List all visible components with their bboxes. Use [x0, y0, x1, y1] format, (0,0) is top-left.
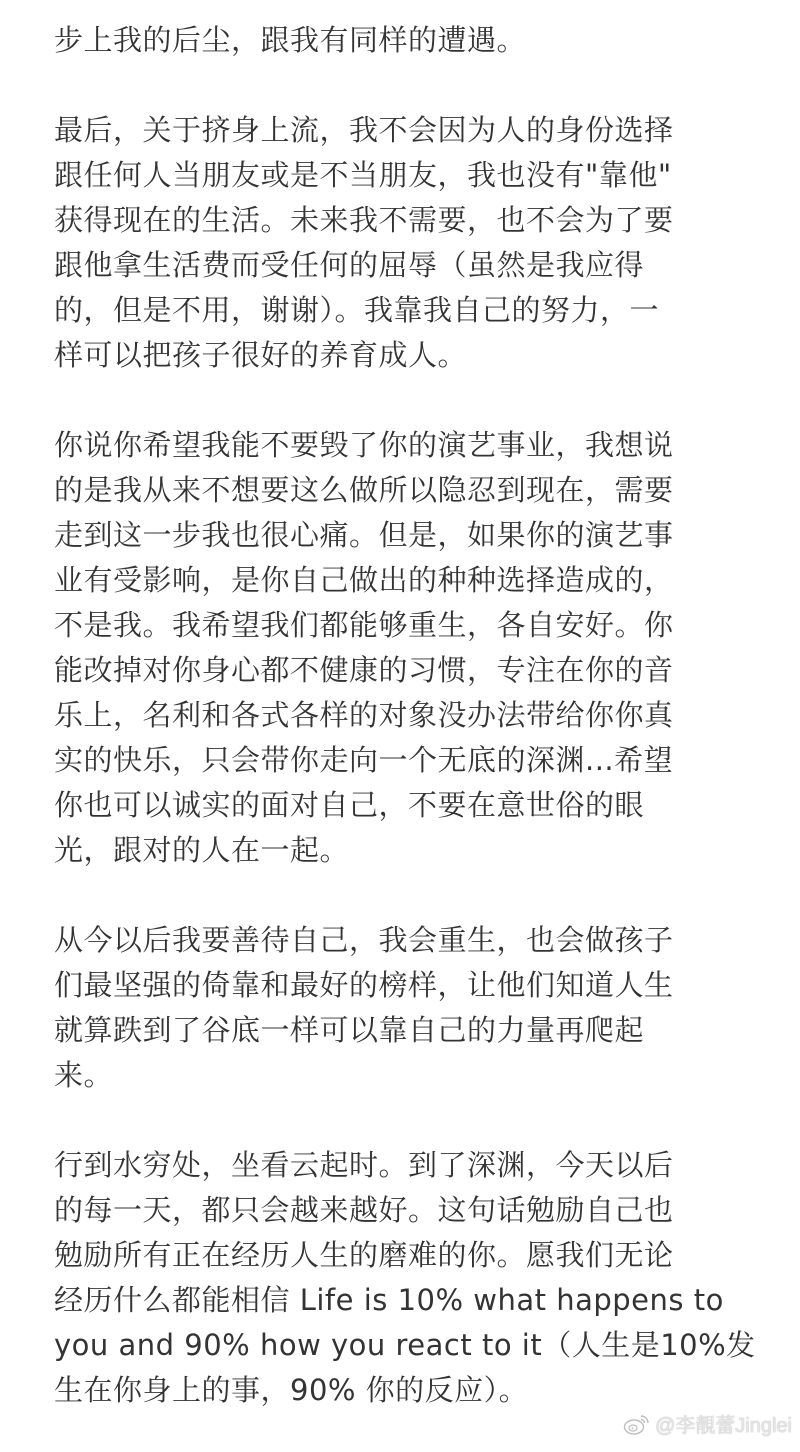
- paragraph-3: 你说你希望我能不要毁了你的演艺事业，我想说 的是我从来不想要这么做所以隐忍到现在…: [54, 423, 754, 873]
- paragraph-2: 最后，关于挤身上流，我不会因为人的身份选择 跟任何人当朋友或是不当朋友，我也没有…: [54, 108, 754, 378]
- watermark-text: @李靚蕾Jinglei: [655, 1409, 792, 1438]
- text-line: 从今以后我要善待自己，我会重生，也会做孩子: [54, 918, 754, 963]
- text-line: 走到这一步我也很心痛。但是，如果你的演艺事: [54, 513, 754, 558]
- text-line: 样可以把孩子很好的养育成人。: [54, 333, 754, 378]
- paragraph-1: 步上我的后尘，跟我有同样的遭遇。: [54, 0, 754, 63]
- text-line: 能改掉对你身心都不健康的习惯，专注在你的音: [54, 648, 754, 693]
- text-line: 们最坚强的倚靠和最好的榜样，让他们知道人生: [54, 963, 754, 1008]
- text-line: 光，跟对的人在一起。: [54, 828, 754, 873]
- weibo-icon: [623, 1412, 651, 1436]
- text-line: 来。: [54, 1053, 754, 1098]
- text-line-clipped: [54, 0, 754, 18]
- paragraph-5: 行到水穷处，坐看云起时。到了深渊，今天以后 的每一天，都只会越来越好。这句话勉励…: [54, 1143, 754, 1413]
- text-line: 跟任何人当朋友或是不当朋友，我也没有"靠他": [54, 153, 754, 198]
- text-line: 你也可以诚实的面对自己，不要在意世俗的眼: [54, 783, 754, 828]
- text-line: 步上我的后尘，跟我有同样的遭遇。: [54, 18, 754, 63]
- text-line: 经历什么都能相信 Life is 10% what happens to: [54, 1278, 754, 1323]
- text-line: you and 90% how you react to it（人生是10%发: [54, 1323, 754, 1368]
- text-line: 跟他拿生活费而受任何的屈辱（虽然是我应得: [54, 243, 754, 288]
- text-line: 不是我。我希望我们都能够重生，各自安好。你: [54, 603, 754, 648]
- weibo-watermark: @李靚蕾Jinglei: [623, 1409, 792, 1438]
- text-line: 最后，关于挤身上流，我不会因为人的身份选择: [54, 108, 754, 153]
- text-line: 生在你身上的事，90% 你的反应）。: [54, 1368, 754, 1413]
- document-body: 步上我的后尘，跟我有同样的遭遇。 最后，关于挤身上流，我不会因为人的身份选择 跟…: [54, 0, 754, 1452]
- text-line: 你说你希望我能不要毁了你的演艺事业，我想说: [54, 423, 754, 468]
- text-line: 勉励所有正在经历人生的磨难的你。愿我们无论: [54, 1233, 754, 1278]
- text-line: 的每一天，都只会越来越好。这句话勉励自己也: [54, 1188, 754, 1233]
- text-line: 业有受影响，是你自己做出的种种选择造成的，: [54, 558, 754, 603]
- text-line: 乐上，名利和各式各样的对象没办法带给你你真: [54, 693, 754, 738]
- text-line: 实的快乐，只会带你走向一个无底的深渊...希望: [54, 738, 754, 783]
- text-line: 的是我从来不想要这么做所以隐忍到现在，需要: [54, 468, 754, 513]
- text-line: 就算跌到了谷底一样可以靠自己的力量再爬起: [54, 1008, 754, 1053]
- text-line: 行到水穷处，坐看云起时。到了深渊，今天以后: [54, 1143, 754, 1188]
- text-line: 的，但是不用，谢谢）。我靠我自己的努力，一: [54, 288, 754, 333]
- text-line: 获得现在的生活。未来我不需要，也不会为了要: [54, 198, 754, 243]
- paragraph-4: 从今以后我要善待自己，我会重生，也会做孩子 们最坚强的倚靠和最好的榜样，让他们知…: [54, 918, 754, 1098]
